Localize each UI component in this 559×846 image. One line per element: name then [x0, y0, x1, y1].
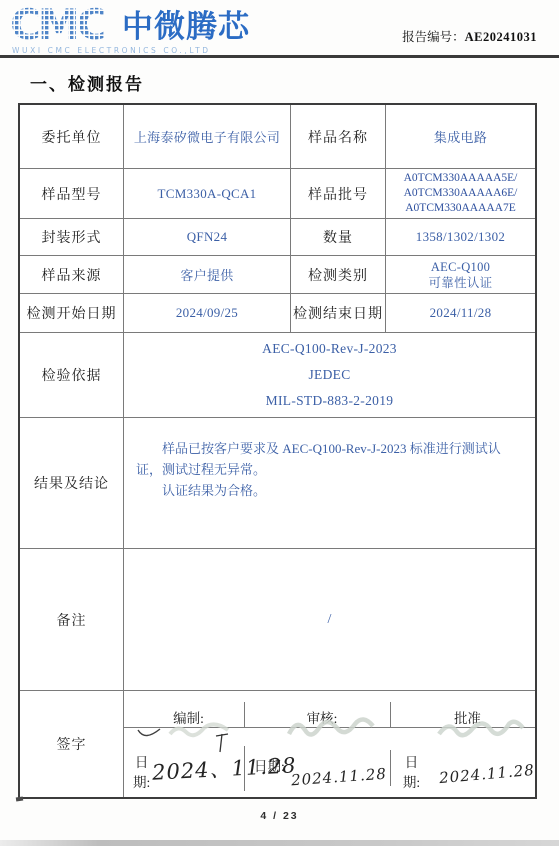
scan-artifact — [16, 797, 23, 802]
row-label: 检验依据 — [20, 333, 124, 418]
table-row-basis: 检验依据 AEC-Q100-Rev-J-2023 JEDEC MIL-STD-8… — [20, 333, 535, 418]
date-label: 日期: — [400, 751, 423, 791]
row-label: 检测类别 — [291, 256, 386, 294]
row-value: 客户提供 — [124, 256, 291, 294]
row-value: 1358/1302/1302 — [386, 219, 535, 256]
brand-name: 中微腾芯 — [122, 10, 250, 44]
cmc-logo-text: CMC — [10, 6, 106, 44]
table-row-dates: 检测开始日期 2024/09/25 检测结束日期 2024/11/28 — [20, 294, 535, 333]
reviewed-label: 审核: — [307, 711, 338, 726]
row-label: 封装形式 — [20, 219, 124, 256]
row-label: 数量 — [291, 219, 386, 256]
date-label: 日期: — [133, 751, 150, 791]
row-value: 集成电路 — [386, 105, 535, 169]
header-divider — [0, 55, 559, 58]
cmc-pixel-logo-icon: CMC — [10, 6, 116, 44]
report-table: 委托单位 上海泰矽微电子有限公司 样品名称 集成电路 样品型号 TCM330A-… — [18, 103, 537, 799]
report-number-label: 报告编号： — [402, 30, 465, 44]
row-label: 备注 — [20, 549, 124, 691]
approved-cell: 批准 — [391, 702, 535, 728]
row-value: QFN24 — [124, 219, 291, 256]
prepared-label: 编制: — [173, 711, 204, 726]
section-title: 一、检测报告 — [30, 70, 144, 95]
approved-signature — [435, 712, 527, 746]
batch-line: A0TCM330AAAAA5E/ — [404, 171, 518, 186]
prepared-cell: 编制: — [124, 702, 245, 728]
approved-date-cell: 日期: 2024.11.28 — [391, 746, 535, 791]
logo-row: CMC 中微腾芯 — [10, 6, 250, 44]
scan-edge-bottom — [0, 840, 559, 846]
row-label: 结果及结论 — [20, 418, 124, 549]
basis-line: AEC-Q100-Rev-J-2023 — [262, 336, 397, 362]
row-value: TCM330A-QCA1 — [124, 169, 291, 219]
prepared-date-cell: 日期: 2024、11.28 — [124, 746, 245, 791]
row-value: 2024/11/28 — [386, 294, 535, 333]
signature-area: 编制: 审核: 批准 — [124, 691, 535, 797]
table-row-source: 样品来源 客户提供 检测类别 AEC-Q100 可靠性认证 — [20, 256, 535, 294]
batch-line: A0TCM330AAAAA7E — [405, 201, 516, 216]
row-label: 样品型号 — [20, 169, 124, 219]
header-logo-block: CMC 中微腾芯 WUXI CMC ELECTRONICS CO.,LTD — [10, 6, 250, 55]
report-number-value: AE20241031 — [465, 30, 537, 44]
date-label: 日期: — [254, 755, 285, 775]
table-row-signature: 签字 编制: 审核: — [20, 691, 535, 797]
basis-value: AEC-Q100-Rev-J-2023 JEDEC MIL-STD-883-2-… — [124, 333, 535, 418]
row-label: 委托单位 — [20, 105, 124, 169]
signature-label: 签字 — [20, 691, 124, 797]
prepared-signature — [136, 726, 166, 740]
stray-pen-mark — [212, 732, 232, 754]
row-value-batch: A0TCM330AAAAA5E/ A0TCM330AAAAA6E/ A0TCM3… — [386, 169, 535, 219]
category-line: AEC-Q100 — [431, 259, 490, 275]
category-line: 可靠性认证 — [428, 275, 492, 291]
result-paragraph: 样品已按客户要求及 AEC-Q100-Rev-J-2023 标准进行测试认证，测… — [136, 438, 525, 480]
approved-label: 批准 — [454, 711, 481, 726]
page-number: 4 / 23 — [0, 810, 559, 822]
company-name: WUXI CMC ELECTRONICS CO.,LTD — [12, 46, 250, 55]
approved-date: 2024.11.28 — [439, 760, 535, 786]
result-value: 样品已按客户要求及 AEC-Q100-Rev-J-2023 标准进行测试认证，测… — [124, 418, 535, 549]
row-value-category: AEC-Q100 可靠性认证 — [386, 256, 535, 294]
row-value: 2024/09/25 — [124, 294, 291, 333]
reviewed-cell: 审核: — [245, 702, 391, 728]
result-paragraph: 认证结果为合格。 — [136, 480, 266, 501]
reviewed-date-cell: 日期: 2024.11.28 — [245, 750, 391, 786]
report-page: CMC 中微腾芯 WUXI CMC ELECTRONICS CO.,LTD 报告… — [0, 0, 559, 846]
row-label: 样品来源 — [20, 256, 124, 294]
row-label: 样品批号 — [291, 169, 386, 219]
table-row-remark: 备注 / — [20, 549, 535, 691]
table-row-client: 委托单位 上海泰矽微电子有限公司 样品名称 集成电路 — [20, 105, 535, 169]
report-number: 报告编号：AE20241031 — [402, 27, 537, 45]
table-row-package: 封装形式 QFN24 数量 1358/1302/1302 — [20, 219, 535, 256]
row-value: 上海泰矽微电子有限公司 — [124, 105, 291, 169]
row-label: 检测结束日期 — [291, 294, 386, 333]
remark-value: / — [124, 549, 535, 691]
basis-line: MIL-STD-883-2-2019 — [266, 388, 394, 414]
basis-line: JEDEC — [309, 362, 351, 388]
row-label: 样品名称 — [291, 105, 386, 169]
batch-line: A0TCM330AAAAA6E/ — [404, 186, 518, 201]
reviewed-date: 2024.11.28 — [290, 765, 387, 790]
table-row-model: 样品型号 TCM330A-QCA1 样品批号 A0TCM330AAAAA5E/ … — [20, 169, 535, 219]
row-label: 检测开始日期 — [20, 294, 124, 333]
table-row-result: 结果及结论 样品已按客户要求及 AEC-Q100-Rev-J-2023 标准进行… — [20, 418, 535, 549]
